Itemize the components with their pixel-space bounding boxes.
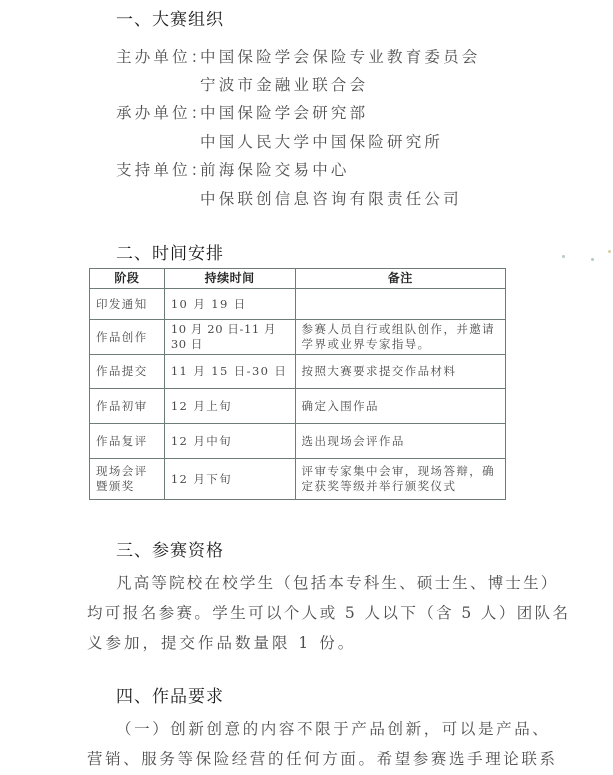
cell-time: 12 月上旬	[164, 389, 295, 424]
cell-time: 11 月 15 日-30 日	[164, 355, 295, 389]
org-value-host-1: 中国保险学会保险专业教育委员会	[200, 45, 481, 67]
requirements-line-1: （一）创新创意的内容不限于产品创新，可以是产品、	[116, 717, 550, 739]
eligibility-line-3: 义参加，提交作品数量限 1 份。	[87, 631, 356, 653]
table-row: 作品创作 10 月 20 日-11 月 30 日 参赛人员自行或组队创作，并邀请…	[90, 320, 506, 355]
cell-note: 评审专家集中会审，现场答辩，确定获奖等级并举行颁奖仪式	[295, 459, 505, 500]
column-header-notes: 备注	[295, 269, 505, 289]
column-header-duration: 持续时间	[164, 269, 295, 289]
scan-speck	[562, 255, 565, 258]
section-heading-organization: 一、大赛组织	[116, 5, 224, 30]
scan-speck	[608, 250, 611, 253]
org-value-supporter-2: 中保联创信息咨询有限责任公司	[200, 187, 462, 209]
cell-note: 确定入围作品	[295, 389, 505, 424]
cell-stage: 印发通知	[90, 289, 165, 320]
cell-time: 12 月下旬	[164, 459, 295, 500]
table-row: 印发通知 10 月 19 日	[90, 289, 506, 320]
table-row: 作品提交 11 月 15 日-30 日 按照大赛要求提交作品材料	[90, 355, 506, 389]
section-heading-requirements: 四、作品要求	[116, 682, 224, 707]
org-value-supporter-1: 前海保险交易中心	[200, 158, 350, 180]
table-row: 现场会评暨颁奖 12 月下旬 评审专家集中会审，现场答辩，确定获奖等级并举行颁奖…	[90, 459, 506, 500]
org-label-supporter: 支持单位：	[116, 158, 210, 180]
column-header-stage: 阶段	[90, 269, 165, 289]
cell-stage: 作品复评	[90, 424, 165, 459]
cell-note	[295, 289, 505, 320]
cell-stage: 作品初审	[90, 389, 165, 424]
org-label-host: 主办单位：	[116, 45, 210, 67]
org-value-organizer-2: 中国人民大学中国保险研究所	[200, 130, 443, 152]
cell-time: 10 月 20 日-11 月 30 日	[164, 320, 295, 355]
cell-stage: 作品提交	[90, 355, 165, 389]
eligibility-line-2: 均可报名参赛。学生可以个人或 5 人以下（含 5 人）团队名	[87, 601, 570, 623]
org-value-host-2: 宁波市金融业联合会	[200, 73, 368, 95]
scan-speck	[591, 258, 594, 261]
cell-stage: 现场会评暨颁奖	[90, 459, 165, 500]
cell-stage: 作品创作	[90, 320, 165, 355]
cell-note: 参赛人员自行或组队创作，并邀请学界或业界专家指导。	[295, 320, 505, 355]
requirements-line-2: 营销、服务等保险经营的任何方面。希望参赛选手理论联系	[87, 747, 558, 769]
eligibility-line-1: 凡高等院校在校学生（包括本专科生、硕士生、博士生）	[116, 571, 559, 593]
cell-time: 12 月中旬	[164, 424, 295, 459]
cell-time: 10 月 19 日	[164, 289, 295, 320]
table-row: 作品初审 12 月上旬 确定入围作品	[90, 389, 506, 424]
org-label-organizer: 承办单位：	[116, 101, 210, 123]
org-value-organizer-1: 中国保险学会研究部	[200, 101, 368, 123]
cell-note: 按照大赛要求提交作品材料	[295, 355, 505, 389]
schedule-table: 阶段 持续时间 备注 印发通知 10 月 19 日 作品创作 10 月 20 日…	[89, 268, 506, 500]
table-header-row: 阶段 持续时间 备注	[90, 269, 506, 289]
section-heading-eligibility: 三、参赛资格	[116, 536, 224, 561]
section-heading-schedule: 二、时间安排	[116, 239, 224, 264]
table-row: 作品复评 12 月中旬 选出现场会评作品	[90, 424, 506, 459]
cell-note: 选出现场会评作品	[295, 424, 505, 459]
